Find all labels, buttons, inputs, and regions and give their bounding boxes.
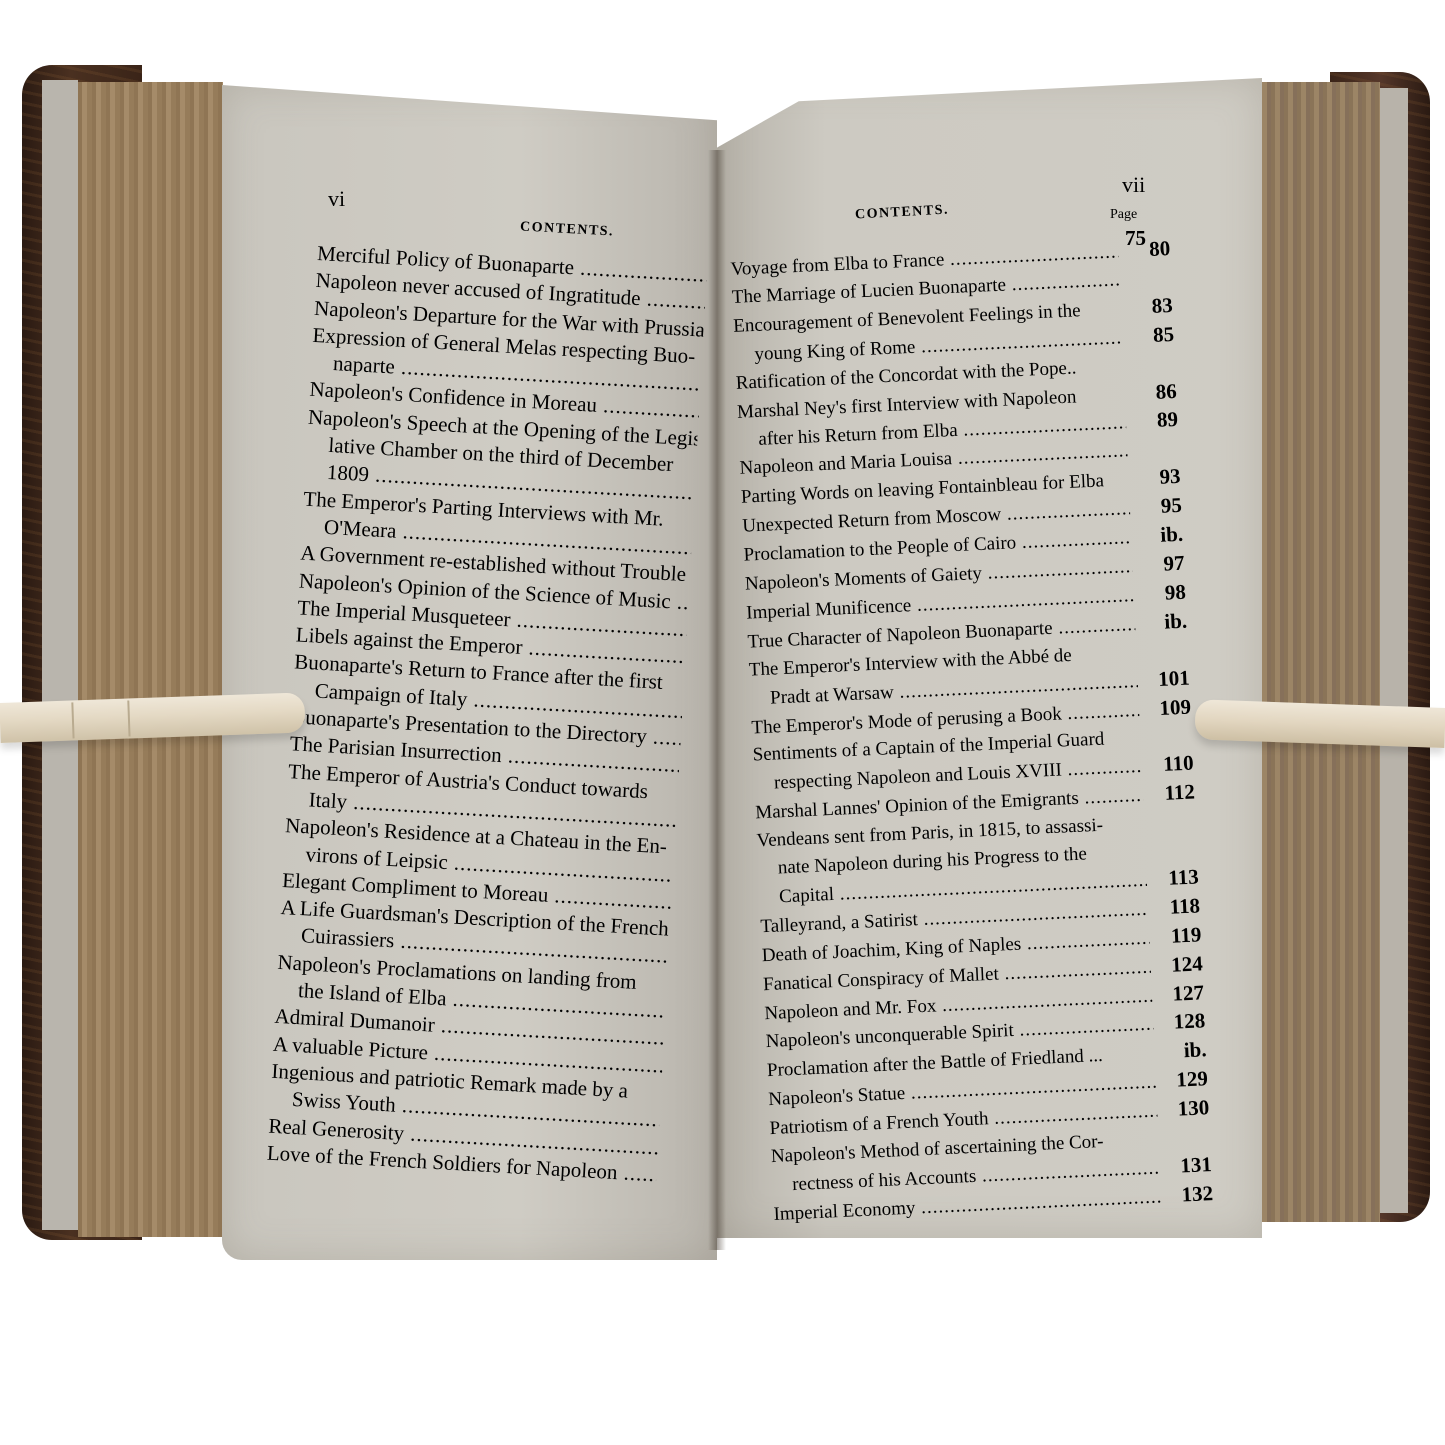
right-folio: vii bbox=[1122, 172, 1145, 198]
open-book-photo: vi CONTENTS. Merciful Policy of Buonapar… bbox=[0, 0, 1445, 1445]
page-column-label: Page bbox=[1110, 207, 1137, 223]
left-folio: vi bbox=[328, 186, 345, 212]
left-endpaper bbox=[42, 80, 78, 1230]
left-page-block-edge bbox=[78, 82, 223, 1237]
right-endpaper bbox=[1378, 88, 1408, 1213]
right-toc-list: Voyage from Elba to France80 The Marriag… bbox=[730, 235, 1214, 1229]
left-toc-list: Merciful Policy of Buonaparte Napoleon n… bbox=[266, 240, 707, 1188]
book-gutter bbox=[708, 150, 726, 1250]
right-page-block-edge bbox=[1258, 82, 1380, 1222]
